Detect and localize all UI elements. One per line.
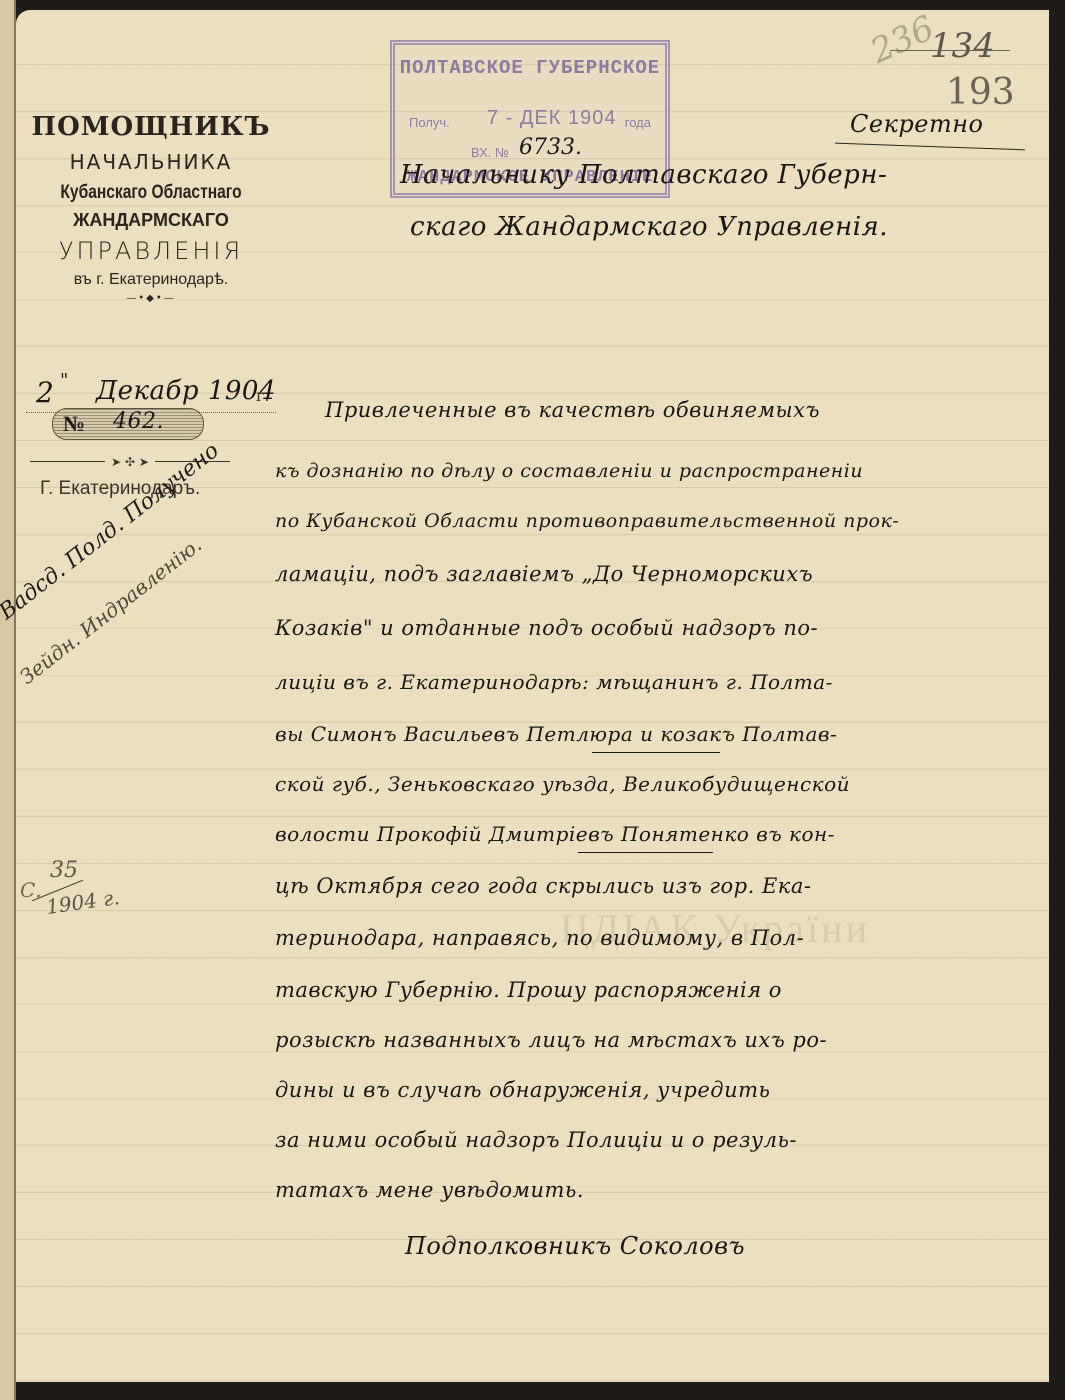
- document-number-plate: № 462.: [52, 408, 204, 440]
- stamp-received-label: Получ.: [409, 115, 450, 130]
- archive-folio-number: 193: [946, 72, 1015, 113]
- number-label: №: [63, 411, 85, 437]
- name-underline-petliura: [592, 752, 720, 753]
- date-suffix: г.: [256, 386, 269, 405]
- archive-crossed-number: 134: [930, 26, 995, 66]
- ornament-icon: —•◆•—: [16, 293, 286, 304]
- addressee-line-2: скаго Жандармскаго Управленія.: [410, 212, 888, 242]
- date-quote: ": [60, 370, 69, 391]
- date-day: 2: [36, 376, 54, 409]
- document-date: 2 " Декабр 1904 г.: [26, 372, 276, 413]
- body-line: за ними особый надзоръ Полиціи и о резул…: [275, 1128, 797, 1152]
- body-line: дины и въ случаѣ обнаруженія, учредить: [275, 1078, 770, 1102]
- letterhead-subtitle: НАЧАЛЬНИКА: [16, 150, 286, 174]
- stamp-year-label: года: [625, 115, 651, 130]
- book-spine-edge: [0, 0, 16, 1400]
- divider-ornament-icon: ➤ ✣ ➤: [105, 455, 155, 469]
- body-line: волости Прокофій Дмитріевъ Понятенко въ …: [275, 822, 835, 846]
- body-line: цѣ Октября сего года скрылись изъ гор. Е…: [275, 874, 811, 898]
- stamp-incoming-number: 6733.: [519, 135, 582, 160]
- strikethrough-line: [890, 50, 1010, 51]
- addressee-line-1: Начальнику Полтавскаго Губерн-: [400, 160, 887, 190]
- classification-label: Секретно: [850, 110, 983, 138]
- letterhead-city: въ г. Екатеринодарѣ.: [16, 271, 286, 289]
- body-line: Привлеченные въ качествѣ обвиняемыхъ: [325, 398, 820, 422]
- body-line: вы Симонъ Васильевъ Петлюра и козакъ Пол…: [275, 722, 837, 746]
- stamp-date: 7 - ДЕК 1904: [487, 107, 616, 130]
- body-line: теринодара, направясь, по видимому, в По…: [275, 926, 804, 950]
- body-line: розыскѣ названныхъ лицъ на мѣстахъ ихъ р…: [275, 1028, 827, 1052]
- name-underline-poniatenko: [578, 852, 713, 853]
- body-line: татахъ мене увѣдомить.: [275, 1178, 584, 1202]
- letterhead-region: Кубанскаго Областнаго: [40, 182, 261, 204]
- body-line: тавскую Губернію. Прошу распоряженія о: [275, 978, 782, 1002]
- body-line: Козаків" и отданные подъ особый надзоръ …: [275, 616, 818, 640]
- body-line: ской губ., Зеньковскаго уѣзда, Великобуд…: [275, 772, 850, 796]
- letterhead-administration: УПРАВЛЕНІЯ: [16, 237, 286, 265]
- signature: Подполковникъ Соколовъ: [405, 1232, 745, 1260]
- body-line: по Кубанской Области противоправительств…: [275, 510, 899, 532]
- body-line: лиціи въ г. Екатеринодарѣ: мѣщанинъ г. П…: [275, 670, 833, 694]
- stamp-top-text: ПОЛТАВСКОЕ ГУБЕРНСКОЕ: [395, 57, 665, 79]
- date-month-year: Декабр 1904: [96, 376, 276, 406]
- body-line: къ дознанію по дѣлу о составленіи и расп…: [275, 460, 863, 482]
- file-ref-number: 35: [50, 858, 78, 883]
- letterhead-gendarme: ЖАНДАРМСКАГО: [16, 210, 286, 231]
- body-line: ламаціи, подъ заглавіемъ „До Черноморски…: [275, 562, 813, 586]
- number-value: 462.: [113, 409, 164, 434]
- letterhead: ПОМОЩНИКЪ НАЧАЛЬНИКА Кубанскаго Областна…: [16, 112, 286, 304]
- letterhead-title: ПОМОЩНИКЪ: [16, 112, 286, 142]
- stamp-incoming-label: ВХ. №: [471, 145, 509, 160]
